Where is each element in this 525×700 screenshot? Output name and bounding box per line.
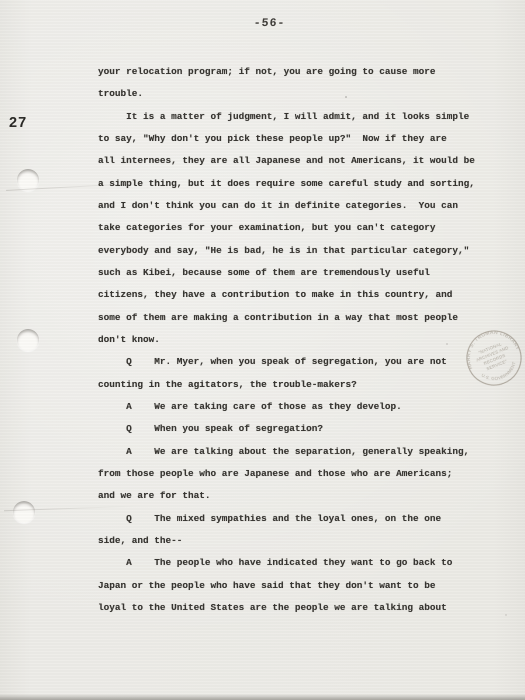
typewritten-line: A The people who have indicated they wan… bbox=[98, 552, 498, 574]
typewritten-line: Q When you speak of segregation? bbox=[98, 418, 498, 440]
typewritten-line: loyal to the United States are the peopl… bbox=[98, 597, 498, 619]
typewritten-line: everybody and say, "He is bad, he is in … bbox=[98, 240, 498, 262]
margin-page-number: 27 bbox=[9, 115, 27, 131]
typewritten-line: your relocation program; if not, you are… bbox=[98, 61, 498, 83]
page-number-header: -56- bbox=[0, 17, 525, 30]
typewritten-line: Q Mr. Myer, when you speak of segregatio… bbox=[98, 351, 498, 373]
typewritten-line: Q The mixed sympathies and the loyal one… bbox=[98, 508, 498, 530]
punch-hole bbox=[17, 329, 39, 351]
typewritten-line: trouble. bbox=[98, 83, 498, 105]
typewritten-body: your relocation program; if not, you are… bbox=[98, 61, 498, 619]
typewritten-line: from those people who are Japanese and t… bbox=[98, 463, 498, 485]
typewritten-line: don't know. bbox=[98, 329, 498, 351]
typewritten-line: all internees, they are all Japanese and… bbox=[98, 150, 498, 172]
typewritten-line: counting in the agitators, the trouble-m… bbox=[98, 374, 498, 396]
typewritten-line: such as Kibei, because some of them are … bbox=[98, 262, 498, 284]
scanned-document-page: -56- 27 your relocation program; if not,… bbox=[0, 0, 525, 700]
typewritten-line: some of them are making a contribution i… bbox=[98, 307, 498, 329]
typewritten-line: a simple thing, but it does require some… bbox=[98, 173, 498, 195]
typewritten-line: and I don't think you can do it in defin… bbox=[98, 195, 498, 217]
typewritten-line: and we are for that. bbox=[98, 485, 498, 507]
typewritten-line: to say, "Why don't you pick these people… bbox=[98, 128, 498, 150]
punch-hole bbox=[17, 169, 39, 191]
punch-hole bbox=[13, 501, 35, 523]
typewritten-line: take categories for your examination, bu… bbox=[98, 217, 498, 239]
typewritten-line: A We are talking about the separation, g… bbox=[98, 441, 498, 463]
typewritten-line: A We are taking care of those as they de… bbox=[98, 396, 498, 418]
typewritten-line: side, and the-- bbox=[98, 530, 498, 552]
typewritten-line: It is a matter of judgment, I will admit… bbox=[98, 106, 498, 128]
page-bottom-edge bbox=[0, 694, 525, 700]
typewritten-line: Japan or the people who have said that t… bbox=[98, 575, 498, 597]
typewritten-line: citizens, they have a contribution to ma… bbox=[98, 284, 498, 306]
